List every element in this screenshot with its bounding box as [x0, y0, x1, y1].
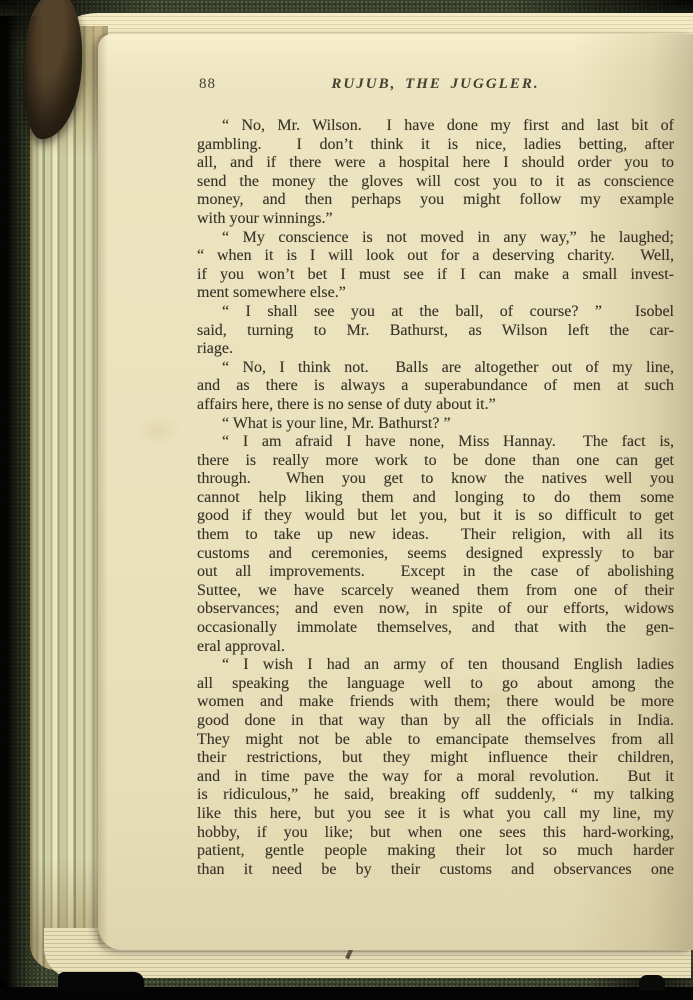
text-line: cannot help liking them and longing to d…	[197, 489, 674, 508]
text-line: observances; and even now, in spite of o…	[197, 600, 674, 619]
text-line: “ No, Mr. Wilson. I have done my first a…	[197, 117, 674, 136]
text-line: “ I shall see you at the ball, of course…	[197, 303, 674, 322]
text-line: them to take up new ideas. Their religio…	[197, 526, 674, 545]
text-line: “ I am afraid I have none, Miss Hannay. …	[197, 433, 674, 452]
text-line: and in time pave the way for a moral rev…	[197, 768, 674, 787]
text-line: riage.	[197, 340, 674, 359]
text-line: through. When you get to know the native…	[197, 470, 674, 489]
text-line: eral approval.	[197, 638, 674, 657]
book-page: 88 RUJUB, THE JUGGLER. “ No, Mr. Wilson.…	[98, 34, 693, 950]
text-line: all speaking the language well to go abo…	[197, 675, 674, 694]
text-line: customs and ceremonies, seems designed e…	[197, 545, 674, 564]
text-line: all, and if there were a hospital here I…	[197, 154, 674, 173]
body-text: “ No, Mr. Wilson. I have done my first a…	[197, 117, 674, 879]
text-line: send the money the gloves will cost you …	[197, 173, 674, 192]
text-line: said, turning to Mr. Bathurst, as Wilson…	[197, 322, 674, 341]
text-line: if you won’t bet I must see if I can mak…	[197, 266, 674, 285]
text-line: affairs here, there is no sense of duty …	[197, 396, 674, 415]
spine-shadow	[0, 16, 44, 1000]
text-line: patient, gentle people making their lot …	[197, 842, 674, 861]
text-line: “ No, I think not. Balls are altogether …	[197, 359, 674, 378]
text-line: good if they would but let you, but it i…	[197, 507, 674, 526]
text-line: Suttee, we have scarcely weaned them fro…	[197, 582, 674, 601]
text-line: gambling. I don’t think it is nice, ladi…	[197, 136, 674, 155]
text-line: money, and then perhaps you might follow…	[197, 191, 674, 210]
running-title: RUJUB, THE JUGGLER.	[197, 76, 674, 93]
text-line: “ What is your line, Mr. Bathurst? ”	[197, 415, 674, 434]
text-line: “ when it is I will look out for a deser…	[197, 247, 674, 266]
bottom-edge-shadow	[0, 987, 693, 1000]
text-line: and as there is always a superabundance …	[197, 377, 674, 396]
page-header: 88 RUJUB, THE JUGGLER.	[197, 76, 674, 98]
text-line: out all improvements. Except in the case…	[197, 563, 674, 582]
text-line: is ridiculous,” he said, breaking off su…	[197, 786, 674, 805]
text-line: hobby, if you like; but when one sees th…	[197, 824, 674, 843]
text-line: than it need be by their customs and obs…	[197, 861, 674, 880]
text-line: occasionally immolate themselves, and th…	[197, 619, 674, 638]
text-line: like this here, but you see it is what y…	[197, 805, 674, 824]
text-line: with your winnings.”	[197, 210, 674, 229]
text-line: there is really more work to be done tha…	[197, 452, 674, 471]
text-line: “ I wish I had an army of ten thousand E…	[197, 656, 674, 675]
text-line: women and make friends with them; there …	[197, 693, 674, 712]
text-line: “ My conscience is not moved in any way,…	[197, 229, 674, 248]
page-content: 88 RUJUB, THE JUGGLER. “ No, Mr. Wilson.…	[197, 76, 674, 879]
text-line: their restrictions, but they might influ…	[197, 749, 674, 768]
text-line: They might not be able to emancipate the…	[197, 731, 674, 750]
text-line: good done in that way than by all the of…	[197, 712, 674, 731]
book-scan: 88 RUJUB, THE JUGGLER. “ No, Mr. Wilson.…	[0, 0, 693, 1000]
text-line: ment somewhere else.”	[197, 284, 674, 303]
